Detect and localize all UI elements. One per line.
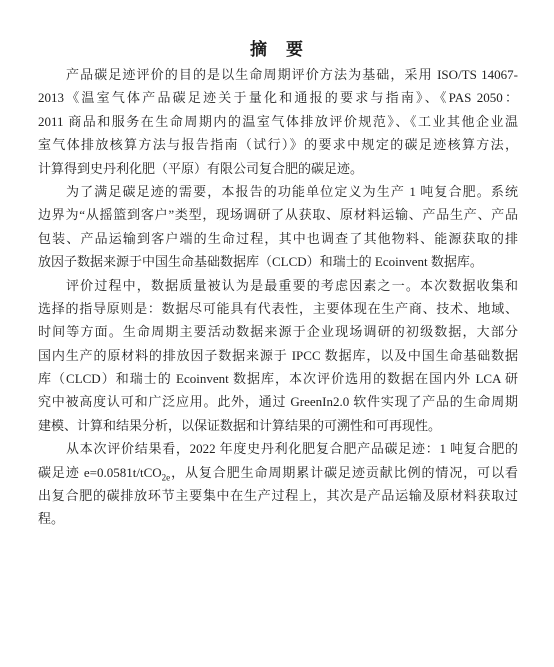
page-title: 摘 要 <box>0 40 554 60</box>
paragraph-line: 建模、计算和结果分析，以保证数据和计算结果的可溯性和可再现性。 <box>38 414 518 437</box>
paragraph-line: 选择的指导原则是：数据尽可能具有代表性，主要体现在生产商、技术、地域、 <box>38 297 518 320</box>
paragraph-line: 究中被高度认可和广泛应用。此外，通过 GreenIn2.0 软件实现了产品的生命… <box>38 390 518 413</box>
paragraph-line: 出复合肥的碳排放环节主要集中在生产过程上，其次是产品运输及原材料获取过 <box>38 484 518 507</box>
paragraph: 从本次评价结果看，2022 年度史丹利化肥复合肥产品碳足迹：1 吨复合肥的碳足迹… <box>38 437 518 531</box>
paragraph: 评价过程中，数据质量被认为是最重要的考虑因素之一。本次数据收集和选择的指导原则是… <box>38 274 518 438</box>
paragraph-line: 从本次评价结果看，2022 年度史丹利化肥复合肥产品碳足迹：1 吨复合肥的 <box>38 437 518 460</box>
paragraph-line: 2011 商品和服务在生命周期内的温室气体排放评价规范》、《工业其他企业温 <box>38 110 518 133</box>
paragraph: 为了满足碳足迹的需要，本报告的功能单位定义为生产 1 吨复合肥。系统边界为“从摇… <box>38 180 518 274</box>
paragraph-line: 2013《温室气体产品碳足迹关于量化和通报的要求与指南》、《PAS 2050： <box>38 86 518 109</box>
paragraph-line: 库（CLCD）和瑞士的 Ecoinvent 数据库，本次评价选用的数据在国内外 … <box>38 367 518 390</box>
paragraph-line: 室气体排放核算方法与报告指南（试行）》的要求中规定的碳足迹核算方法， <box>38 133 518 156</box>
subscript-text: 2e <box>162 472 171 482</box>
paragraph-line: 计算得到史丹利化肥（平原）有限公司复合肥的碳足迹。 <box>38 157 518 180</box>
paragraph-line: 程。 <box>38 507 518 530</box>
paragraph-line: 碳足迹 e=0.0581t/tCO2e，从复合肥生命周期累计碳足迹贡献比例的情况… <box>38 461 518 484</box>
paragraph-line: 国内生产的原材料的排放因子数据来源于 IPCC 数据库，以及中国生命基础数据 <box>38 344 518 367</box>
paragraph-line: 包装、产品运输到客户端的生命过程，其中也调查了其他物料、能源获取的排 <box>38 227 518 250</box>
abstract-content: 产品碳足迹评价的目的是以生命周期评价方法为基础，采用 ISO/TS 14067-… <box>38 63 518 531</box>
abstract-page: 摘 要 产品碳足迹评价的目的是以生命周期评价方法为基础，采用 ISO/TS 14… <box>0 0 554 667</box>
paragraph-line: 放因子数据来源于中国生命基础数据库（CLCD）和瑞士的 Ecoinvent 数据… <box>38 250 518 273</box>
paragraph: 产品碳足迹评价的目的是以生命周期评价方法为基础，采用 ISO/TS 14067-… <box>38 63 518 180</box>
paragraph-line: 评价过程中，数据质量被认为是最重要的考虑因素之一。本次数据收集和 <box>38 274 518 297</box>
paragraph-line: 为了满足碳足迹的需要，本报告的功能单位定义为生产 1 吨复合肥。系统 <box>38 180 518 203</box>
paragraph-line: 时间等方面。生命周期主要活动数据来源于企业现场调研的初级数据，大部分 <box>38 320 518 343</box>
paragraph-line: 产品碳足迹评价的目的是以生命周期评价方法为基础，采用 ISO/TS 14067- <box>38 63 518 86</box>
paragraph-line: 边界为“从摇篮到客户”类型，现场调研了从获取、原材料运输、产品生产、产品 <box>38 203 518 226</box>
